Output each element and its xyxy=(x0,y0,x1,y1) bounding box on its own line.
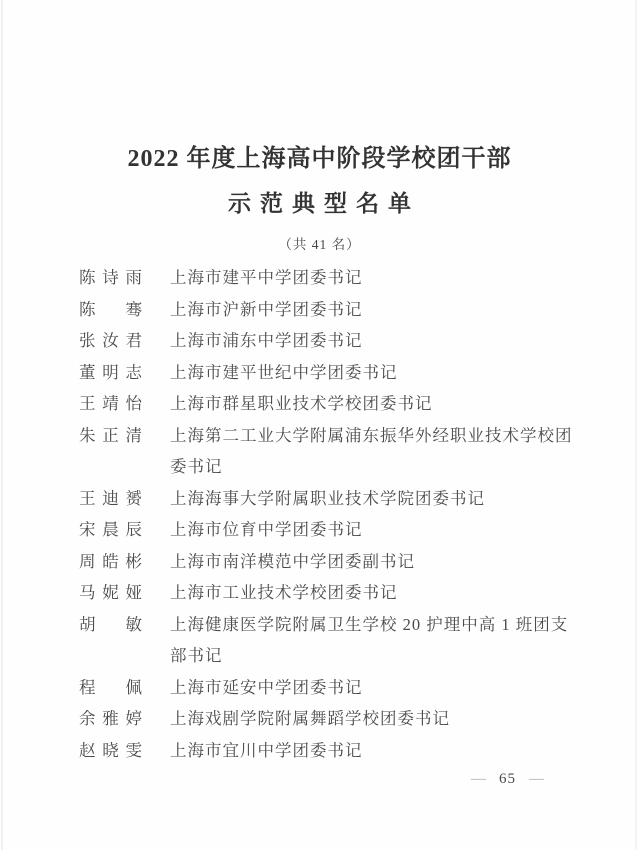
cadre-position: 上海市位育中学团委书记 xyxy=(170,514,576,546)
document-header: 2022 年度上海高中阶段学校团干部 示范典型名单 （共 41 名） xyxy=(0,0,639,253)
roster-row: 董明志 上海市建平世纪中学团委书记 xyxy=(79,357,576,389)
cadre-name: 马妮娅 xyxy=(79,577,143,609)
page-left-edge xyxy=(1,0,3,850)
cadre-position: 上海市群星职业技术学校团委书记 xyxy=(170,388,576,420)
page-footer: — 65 — xyxy=(471,769,544,789)
document-page: 2022 年度上海高中阶段学校团干部 示范典型名单 （共 41 名） 陈诗雨 上… xyxy=(0,0,639,850)
footer-dash-right: — xyxy=(529,769,544,789)
roster-row: 朱正清 上海第二工业大学附属浦东振华外经职业技术学校团委书记 xyxy=(79,420,576,483)
roster-row: 陈 骞 上海市沪新中学团委书记 xyxy=(79,294,576,326)
page-right-edge xyxy=(635,0,637,850)
cadre-name: 董明志 xyxy=(79,357,143,389)
cadre-position: 上海市工业技术学校团委书记 xyxy=(170,577,576,609)
cadre-name: 余雅婷 xyxy=(79,703,143,735)
cadre-name: 陈 骞 xyxy=(79,294,143,326)
roster-row: 马妮娅 上海市工业技术学校团委书记 xyxy=(79,577,576,609)
cadre-name: 张汝君 xyxy=(79,325,143,357)
cadre-name: 程 佩 xyxy=(79,672,143,704)
cadre-name: 赵晓雯 xyxy=(79,735,143,767)
count-note: （共 41 名） xyxy=(0,233,639,253)
roster-row: 宋晨辰 上海市位育中学团委书记 xyxy=(79,514,576,546)
roster-row: 程 佩 上海市延安中学团委书记 xyxy=(79,672,576,704)
roster-row: 张汝君 上海市浦东中学团委书记 xyxy=(79,325,576,357)
cadre-position: 上海第二工业大学附属浦东振华外经职业技术学校团委书记 xyxy=(170,420,576,483)
cadre-position: 上海健康医学院附属卫生学校 20 护理中高 1 班团支部书记 xyxy=(170,609,576,672)
cadre-position: 上海海事大学附属职业技术学院团委书记 xyxy=(170,483,576,515)
roster-list: 陈诗雨 上海市建平中学团委书记 陈 骞 上海市沪新中学团委书记 张汝君 上海市浦… xyxy=(79,262,576,766)
cadre-name: 胡 敏 xyxy=(79,609,143,641)
cadre-name: 周皓彬 xyxy=(79,546,143,578)
cadre-position: 上海戏剧学院附属舞蹈学校团委书记 xyxy=(170,703,576,735)
footer-dash-left: — xyxy=(471,769,486,789)
cadre-name: 王迪赟 xyxy=(79,483,143,515)
cadre-position: 上海市浦东中学团委书记 xyxy=(170,325,576,357)
cadre-position: 上海市延安中学团委书记 xyxy=(170,672,576,704)
cadre-name: 王靖怡 xyxy=(79,388,143,420)
cadre-position: 上海市建平中学团委书记 xyxy=(170,262,576,294)
document-title-line-2: 示范典型名单 xyxy=(0,185,639,218)
document-title-line-1: 2022 年度上海高中阶段学校团干部 xyxy=(0,138,639,173)
cadre-name: 朱正清 xyxy=(79,420,143,452)
roster-row: 周皓彬 上海市南洋模范中学团委副书记 xyxy=(79,546,576,578)
roster-row: 王靖怡 上海市群星职业技术学校团委书记 xyxy=(79,388,576,420)
cadre-name: 宋晨辰 xyxy=(79,514,143,546)
roster-row: 余雅婷 上海戏剧学院附属舞蹈学校团委书记 xyxy=(79,703,576,735)
roster-row: 赵晓雯 上海市宜川中学团委书记 xyxy=(79,735,576,767)
roster-row: 陈诗雨 上海市建平中学团委书记 xyxy=(79,262,576,294)
cadre-position: 上海市南洋模范中学团委副书记 xyxy=(170,546,576,578)
cadre-position: 上海市建平世纪中学团委书记 xyxy=(170,357,576,389)
cadre-name: 陈诗雨 xyxy=(79,262,143,294)
cadre-position: 上海市沪新中学团委书记 xyxy=(170,294,576,326)
page-number: 65 xyxy=(499,769,516,789)
roster-row: 王迪赟 上海海事大学附属职业技术学院团委书记 xyxy=(79,483,576,515)
cadre-position: 上海市宜川中学团委书记 xyxy=(170,735,576,767)
roster-row: 胡 敏 上海健康医学院附属卫生学校 20 护理中高 1 班团支部书记 xyxy=(79,609,576,672)
